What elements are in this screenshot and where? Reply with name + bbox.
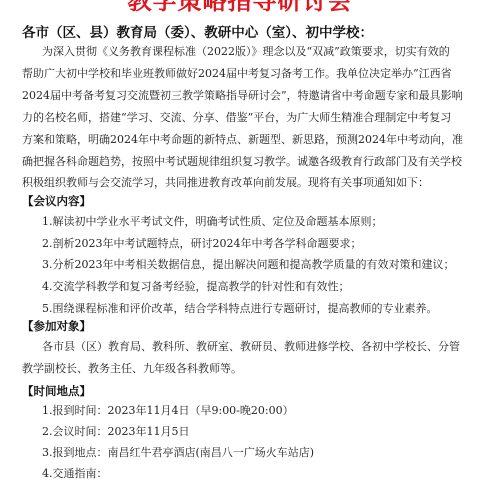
section-heading-time-place: 【时间地点】: [22, 383, 91, 399]
intro-line: 为深入贯彻《义务教育课程标准（2022版）》理念以及“双减”政策要求，切实有效的: [42, 45, 480, 59]
document-title: 教学策略指导研讨会: [0, 0, 480, 13]
list-item: 2.会议时间：2023年11月5日: [42, 425, 480, 439]
list-item: 5.围绕课程标准和评价改革，结合学科特点进行专题研讨，提高教师的专业素养。: [42, 302, 480, 316]
list-item: 4.交流学科教学和复习备考经验，提高教学的针对性和有效性；: [42, 280, 480, 294]
section-heading-meeting-content: 【会议内容】: [22, 193, 91, 209]
salutation: 各市（区、县）教育局（委）、教研中心（室）、初中学校：: [22, 21, 373, 41]
list-item: 3.分析2023年中考相关数据信息，提出解决问题和提高教学质量的有效对策和建议；: [42, 258, 480, 272]
paragraph-line: 各市县（区）教育局、教科所、教研室、教研员、教师进修学校、各初中学校长、分管: [42, 340, 480, 354]
list-item: 2.剖析2023年中考试题特点，研讨2024年中考各学科命题要求；: [42, 237, 480, 251]
list-item: 1.解读初中学业水平考试文件，明确考试性质、定位及命题基本原则；: [42, 215, 480, 229]
list-item: 1.报到时间：2023年11月4日（早9:00-晚20:00）: [42, 404, 480, 418]
intro-line: 积极组织教师与会交流学习，共同推进教育改革向前发展。现将有关事项通知如下：: [22, 176, 462, 190]
paragraph-line: 教学副校长、教务主任、九年级各科教师等。: [22, 362, 462, 376]
section-heading-participants: 【参加对象】: [22, 318, 91, 334]
intro-line: 方案和策略，明确2024年中考命题的新特点、新题型、新思路，预测2024年中考动…: [22, 133, 462, 147]
intro-line: 2024届中考备考复习交流暨初三教学策略指导研讨会”，特邀请省中考命题专家和最具…: [22, 89, 462, 103]
intro-line: 力的名校名师，搭建“学习、交流、分享、借鉴”平台，为广大师生精准合理制定中考复习: [22, 111, 462, 125]
list-item: 3.报到地点：南昌红牛君亭酒店(南昌八一广场火车站店): [42, 446, 480, 460]
intro-line: 确把握各科命题趋势，按照中考试题规律组织复习教学。诚邀各级教育行政部门及有关学校: [22, 155, 462, 169]
list-item: 4.交通指南：: [42, 467, 480, 480]
intro-line: 帮助广大初中学校和毕业班教师做好2024届中考复习备考工作。我单位决定举办“江西…: [22, 67, 462, 81]
